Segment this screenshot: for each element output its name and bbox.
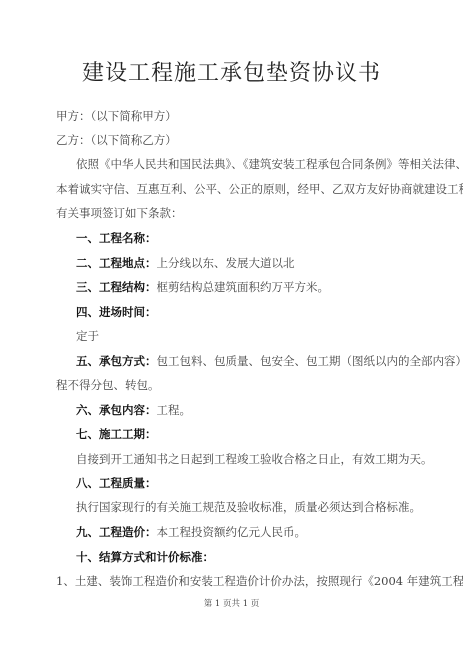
clause-2: 二、工程地点：上分线以东、发展大道以北	[76, 255, 430, 271]
party-b-line: 乙方：（以下简称乙方）	[56, 132, 410, 148]
clause-8: 八、工程质量：	[76, 475, 430, 491]
preamble-line-2: 本着诚实守信、互惠互利、公平、公正的原则，经甲、乙双方友好协商就建设工程施工	[56, 181, 408, 197]
clause-4-text: 定于	[76, 328, 430, 344]
clause-heading: 四、进场时间：	[76, 305, 157, 319]
clause-heading: 十、结算方式和计价标准：	[76, 550, 214, 564]
clause-heading: 九、工程造价：	[76, 525, 157, 539]
clause-heading: 五、承包方式：	[76, 354, 157, 368]
clause-text: 包工包料、包质量、包安全、包工期（图纸以内的全部内容）本工	[157, 354, 463, 368]
clause-5-continuation: 程不得分包、转包。	[56, 377, 410, 393]
clause-heading: 六、承包内容：	[76, 403, 157, 417]
clause-heading: 二、工程地点：	[76, 256, 157, 270]
clause-text: 框剪结构总建筑面积约万平方米。	[157, 280, 330, 294]
clause-text: 本工程投资额约亿元人民币。	[157, 525, 307, 539]
clause-10: 十、结算方式和计价标准：	[76, 549, 430, 565]
clause-heading: 七、施工工期：	[76, 427, 157, 441]
clause-4: 四、进场时间：	[76, 304, 430, 320]
clause-3: 三、工程结构：框剪结构总建筑面积约万平方米。	[76, 279, 430, 295]
clause-7: 七、施工工期：	[76, 426, 430, 442]
clause-7-text: 自接到开工通知书之日起到工程竣工验收合格之日止，有效工期为天。	[76, 451, 430, 467]
preamble-line-1: 依照《中华人民共和国民法典》、《建筑安装工程承包合同条例》等相关法律、法规，	[76, 156, 430, 172]
clause-5: 五、承包方式：包工包料、包质量、包安全、包工期（图纸以内的全部内容）本工	[76, 353, 430, 369]
clause-1: 一、工程名称：	[76, 230, 430, 246]
clause-text: 工程。	[157, 403, 192, 417]
document-page: 建设工程施工承包垫资协议书 甲方：（以下简称甲方） 乙方：（以下简称乙方） 依照…	[0, 0, 463, 655]
preamble-line-3: 有关事项签订如下条款：	[56, 205, 410, 221]
clause-heading: 一、工程名称：	[76, 231, 157, 245]
clause-text: 上分线以东、发展大道以北	[157, 256, 295, 270]
clause-heading: 三、工程结构：	[76, 280, 157, 294]
page-footer: 第 1 页共 1 页	[0, 597, 463, 609]
clause-9: 九、工程造价：本工程投资额约亿元人民币。	[76, 524, 430, 540]
party-a-line: 甲方：（以下简称甲方）	[56, 108, 410, 124]
document-title: 建设工程施工承包垫资协议书	[0, 56, 463, 87]
clause-6: 六、承包内容：工程。	[76, 402, 430, 418]
clause-8-text: 执行国家现行的有关施工规范及验收标准，质量必须达到合格标准。	[76, 499, 430, 515]
clause-10-item-1: 1、土建、装饰工程造价和安装工程造价计价办法，按照现行《2004 年建筑工程消	[56, 573, 410, 589]
clause-heading: 八、工程质量：	[76, 476, 157, 490]
